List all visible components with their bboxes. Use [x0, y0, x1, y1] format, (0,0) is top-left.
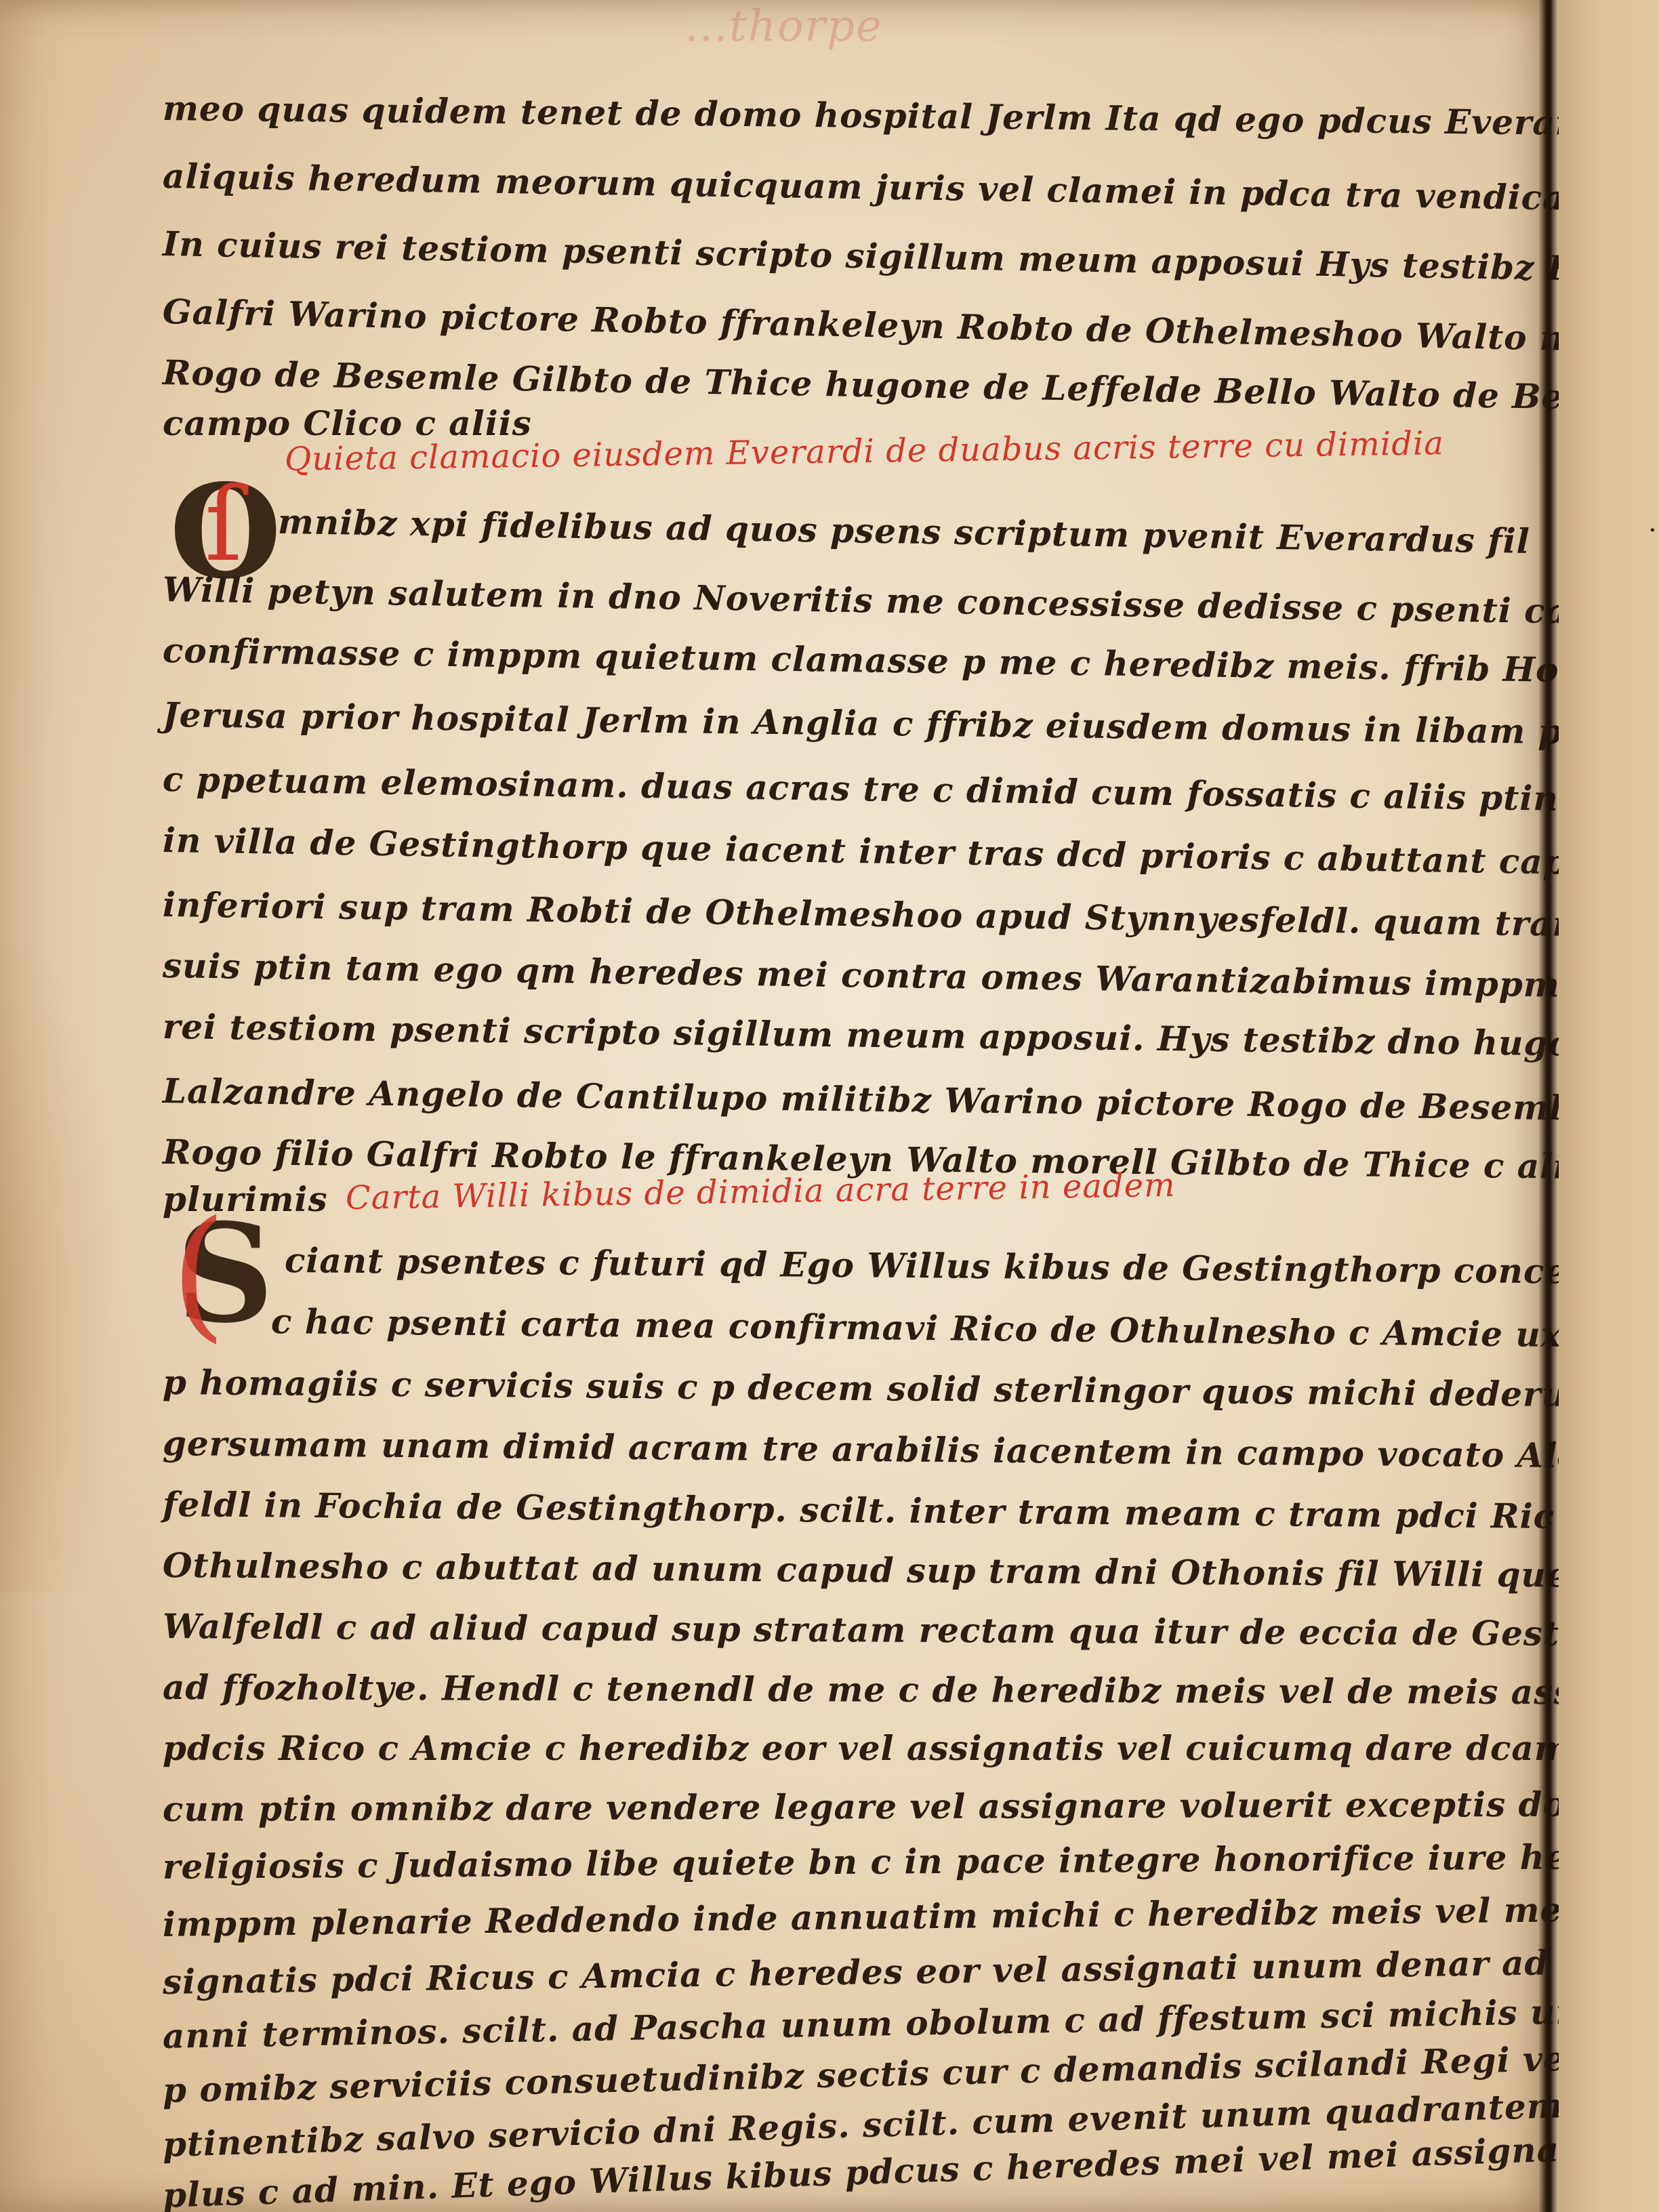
text-line: pdcis Rico c Amcie c heredibz eor vel as…	[163, 1728, 1659, 1768]
parchment-stain	[0, 915, 122, 1593]
text-line: Willi petyn salutem in dno Noveritis me …	[163, 569, 1659, 634]
text-line: religiosis c Judaismo libe quiete bn c i…	[163, 1836, 1659, 1887]
text-line: In cuius rei testiom psenti scripto sigi…	[162, 224, 1659, 291]
text-line: inferiori sup tram Robti de Othelmeshoo …	[163, 884, 1659, 945]
red-flourish-icon: (	[171, 1202, 226, 1345]
text-line: in villa de Gestingthorp que iacent inte…	[163, 820, 1620, 883]
text-line: Jerusa prior hospital Jerlm in Anglia c …	[163, 695, 1630, 752]
text-line: Galfri Warino pictore Robto ffrankeleyn …	[162, 291, 1659, 361]
text-line: imppm plenarie Reddendo inde annuatim mi…	[163, 1889, 1651, 1944]
text-line: rei testiom psenti scripto sigillum meum…	[163, 1006, 1659, 1065]
text-line: p homagiis c servicis suis c p decem sol…	[163, 1362, 1659, 1415]
text-line: mnibz xpi fidelibus ad quos psens script…	[278, 501, 1531, 561]
red-flourish-icon: ſ	[205, 474, 243, 576]
text-line: feldl in Fochia de Gestingthorp. scilt. …	[163, 1484, 1614, 1537]
facing-page-mark: ·	[1648, 515, 1657, 546]
text-line: c ppetuam elemosinam. duas acras tre c d…	[163, 759, 1650, 820]
facing-page-edge	[1559, 0, 1659, 2212]
text-line: ad ffozholtye. Hendl c tenendl de me c d…	[163, 1667, 1659, 1713]
text-line: Othulnesho c abuttat ad unum capud sup t…	[163, 1545, 1646, 1595]
text-line: meo quas quidem tenet de domo hospital J…	[163, 88, 1659, 144]
manuscript-page: …thorpe meo quas quidem tenet de domo ho…	[0, 0, 1552, 2212]
text-line: Lalzandre Angelo de Cantilupo militibz W…	[163, 1071, 1586, 1128]
text-line: ciant psentes c futuri qd Ego Willus kib…	[285, 1240, 1659, 1293]
text-line: signatis pdci Ricus c Amcia c heredes eo…	[163, 1941, 1654, 2002]
text-line: c hac psenti carta mea confirmavi Rico d…	[271, 1301, 1642, 1355]
decorated-initial-s: S (	[176, 1206, 274, 1342]
text-line: suis ptin tam ego qm heredes mei contra …	[163, 945, 1659, 1007]
book-gutter	[1538, 0, 1559, 2212]
running-header: …thorpe	[684, 1, 883, 52]
text-line: Walfeldl c ad aliud capud sup stratam re…	[163, 1606, 1659, 1654]
text-line: gersumam unam dimid acram tre arabilis i…	[163, 1423, 1652, 1476]
text-line: cum ptin omnibz dare vendere legare vel …	[163, 1784, 1659, 1829]
text-line: confirmasse c imppm quietum clamasse p m…	[163, 630, 1659, 692]
text-line: aliquis heredum meorum quicquam juris ve…	[163, 156, 1659, 222]
